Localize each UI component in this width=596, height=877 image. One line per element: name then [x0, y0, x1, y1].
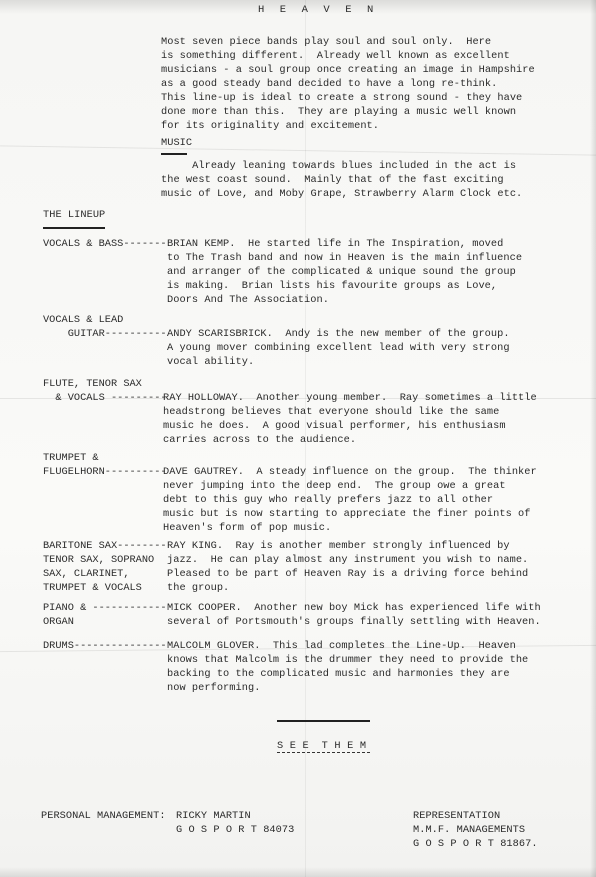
- intro-line: for its originality and excitement.: [161, 120, 379, 132]
- member-desc-line: ANDY SCARISBRICK. Andy is the new member…: [167, 328, 510, 340]
- document-page: H E A V E N Most seven piece bands play …: [0, 0, 596, 877]
- music-heading: MUSIC: [161, 137, 192, 149]
- member-desc-line: and arranger of the complicated & unique…: [167, 266, 516, 278]
- member-desc-line: Doors And The Association.: [167, 294, 329, 306]
- intro-line: musicians - a soul group once creating a…: [161, 64, 535, 76]
- document-title: H E A V E N: [258, 4, 378, 16]
- intro-line: This line-up is ideal to create a strong…: [161, 92, 522, 104]
- management-name: RICKY MARTIN: [176, 810, 251, 822]
- member-role: & VOCALS ---------: [43, 392, 167, 404]
- intro-line: Most seven piece bands play soul and sou…: [161, 36, 491, 48]
- see-them-heading: S E E T H E M: [277, 740, 366, 752]
- member-role: GUITAR----------: [43, 328, 167, 340]
- music-heading-underline: [161, 153, 187, 155]
- representation-phone: G O S P O R T 81867.: [413, 838, 538, 850]
- paper-edge-shadow: [0, 867, 596, 877]
- lineup-heading: THE LINEUP: [43, 209, 105, 221]
- lineup-heading-underline: [43, 227, 105, 229]
- member-role: PIANO & ------------: [43, 602, 167, 614]
- member-desc-line: backing to the complicated music and har…: [167, 668, 510, 680]
- management-phone: G O S P O R T 84073: [176, 824, 294, 836]
- member-desc-line: BRIAN KEMP. He started life in The Inspi…: [167, 238, 503, 250]
- member-desc-line: RAY KING. Ray is another member strongly…: [167, 540, 510, 552]
- music-line: music of Love, and Moby Grape, Strawberr…: [161, 188, 522, 200]
- paper-fold-line: [0, 145, 596, 155]
- member-role: BARITONE SAX--------: [43, 540, 167, 552]
- member-desc-line: carries across to the audience.: [163, 434, 356, 446]
- intro-line: done more than this. They are playing a …: [161, 106, 516, 118]
- member-desc-line: knows that Malcolm is the drummer they n…: [167, 654, 528, 666]
- member-role: SAX, CLARINET,: [43, 568, 130, 580]
- intro-line: as a good steady band decided to have a …: [161, 78, 497, 90]
- member-desc-line: MALCOLM GLOVER. This lad completes the L…: [167, 640, 516, 652]
- member-desc-line: RAY HOLLOWAY. Another young member. Ray …: [163, 392, 537, 404]
- member-desc-line: jazz. He can play almost any instrument …: [167, 554, 528, 566]
- member-role: VOCALS & LEAD: [43, 314, 123, 326]
- member-role: FLUGELHORN----------: [43, 466, 167, 478]
- member-desc-line: Heaven's form of pop music.: [163, 522, 331, 534]
- see-them-underline: [277, 752, 370, 753]
- member-desc-line: the group.: [167, 582, 229, 594]
- member-desc-line: headstrong believes that everyone should…: [163, 406, 499, 418]
- music-line: Already leaning towards blues included i…: [161, 160, 516, 172]
- member-role: ORGAN: [43, 616, 74, 628]
- member-desc-line: now performing.: [167, 682, 260, 694]
- section-divider: [277, 720, 370, 722]
- representation-label: REPRESENTATION: [413, 810, 500, 822]
- member-desc-line: is making. Brian lists his favourite gro…: [167, 280, 497, 292]
- music-line: the west coast sound. Mainly that of the…: [161, 174, 504, 186]
- member-role: TRUMPET & VOCALS: [43, 582, 142, 594]
- member-desc-line: MICK COOPER. Another new boy Mick has ex…: [167, 602, 541, 614]
- representation-name: M.M.F. MANAGEMENTS: [413, 824, 525, 836]
- member-desc-line: several of Portsmouth's groups finally s…: [167, 616, 541, 628]
- member-desc-line: debt to this guy who really prefers jazz…: [163, 494, 493, 506]
- member-role: TRUMPET &: [43, 452, 99, 464]
- member-desc-line: music he does. A good visual performer, …: [163, 420, 506, 432]
- member-desc-line: A young mover combining excellent lead w…: [167, 342, 510, 354]
- member-desc-line: music but is now starting to appreciate …: [163, 508, 531, 520]
- intro-line: is something different. Already well kno…: [161, 50, 510, 62]
- member-desc-line: Pleased to be part of Heaven Ray is a dr…: [167, 568, 528, 580]
- management-label: PERSONAL MANAGEMENT:: [41, 810, 166, 822]
- member-desc-line: never jumping into the deep end. The gro…: [163, 480, 506, 492]
- paper-edge-shadow: [590, 0, 596, 877]
- member-role: DRUMS---------------: [43, 640, 167, 652]
- member-desc-line: vocal ability.: [167, 356, 254, 368]
- member-role: FLUTE, TENOR SAX: [43, 378, 142, 390]
- member-role: TENOR SAX, SOPRANO: [43, 554, 154, 566]
- member-desc-line: to The Trash band and now in Heaven is t…: [167, 252, 522, 264]
- member-role: VOCALS & BASS-------: [43, 238, 167, 250]
- member-desc-line: DAVE GAUTREY. A steady influence on the …: [163, 466, 537, 478]
